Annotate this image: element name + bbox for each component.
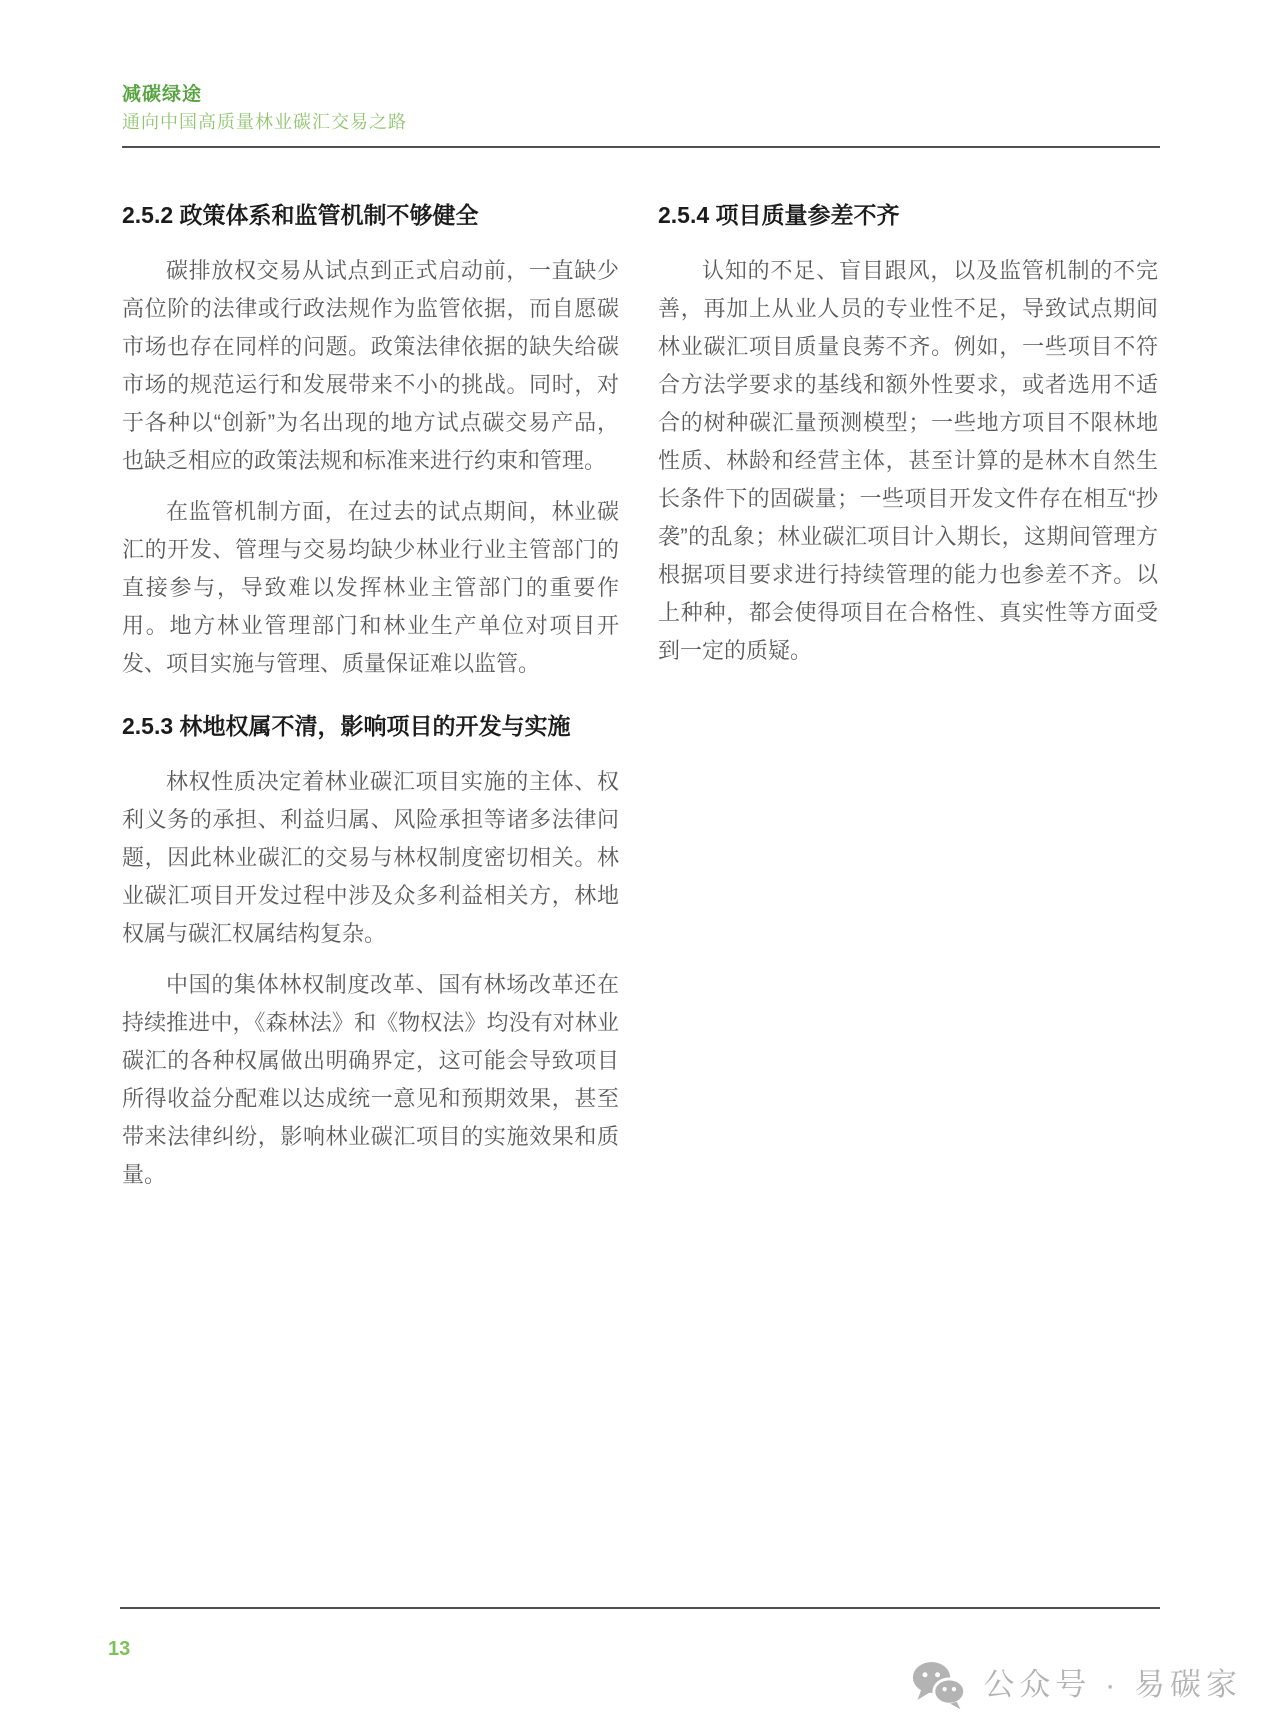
wechat-icon [911,1660,967,1710]
paragraph-tenure-1: 林权性质决定着林业碳汇项目实施的主体、权利义务的承担、利益归属、风险承担等诸多法… [122,763,619,953]
footer-divider [120,1607,1160,1609]
report-title: 减碳绿途 [122,84,1160,106]
watermark: 公众号 · 易碳家 [911,1660,1242,1710]
report-subtitle: 通向中国高质量林业碳汇交易之路 [122,111,1160,133]
page-header: 减碳绿途 通向中国高质量林业碳汇交易之路 [0,0,1280,148]
section-heading-2-5-4: 2.5.4 项目质量参差不齐 [658,200,1158,230]
section-heading-2-5-2: 2.5.2 政策体系和监管机制不够健全 [122,200,619,230]
two-column-body: 2.5.2 政策体系和监管机制不够健全 碳排放权交易从试点到正式启动前，一直缺少… [122,200,1160,1207]
page-number: 13 [108,1638,130,1661]
paragraph-tenure-2: 中国的集体林权制度改革、国有林场改革还在持续推进中，《森林法》和《物权法》均没有… [122,966,619,1194]
document-page: 减碳绿途 通向中国高质量林业碳汇交易之路 2.5.2 政策体系和监管机制不够健全… [0,0,1280,1736]
right-column: 2.5.4 项目质量参差不齐 认知的不足、盲目跟风，以及监管机制的不完善，再加上… [658,200,1158,683]
left-column: 2.5.2 政策体系和监管机制不够健全 碳排放权交易从试点到正式启动前，一直缺少… [122,200,619,1207]
section-heading-2-5-3: 2.5.3 林地权属不清，影响项目的开发与实施 [122,711,619,741]
paragraph-quality-1: 认知的不足、盲目跟风，以及监管机制的不完善，再加上从业人员的专业性不足，导致试点… [658,252,1158,670]
watermark-text: 公众号 · 易碳家 [983,1661,1242,1709]
paragraph-policy-1: 碳排放权交易从试点到正式启动前，一直缺少高位阶的法律或行政法规作为监管依据，而自… [122,252,619,480]
paragraph-policy-2: 在监管机制方面，在过去的试点期间，林业碳汇的开发、管理与交易均缺少林业行业主管部… [122,493,619,683]
header-divider [122,146,1160,148]
